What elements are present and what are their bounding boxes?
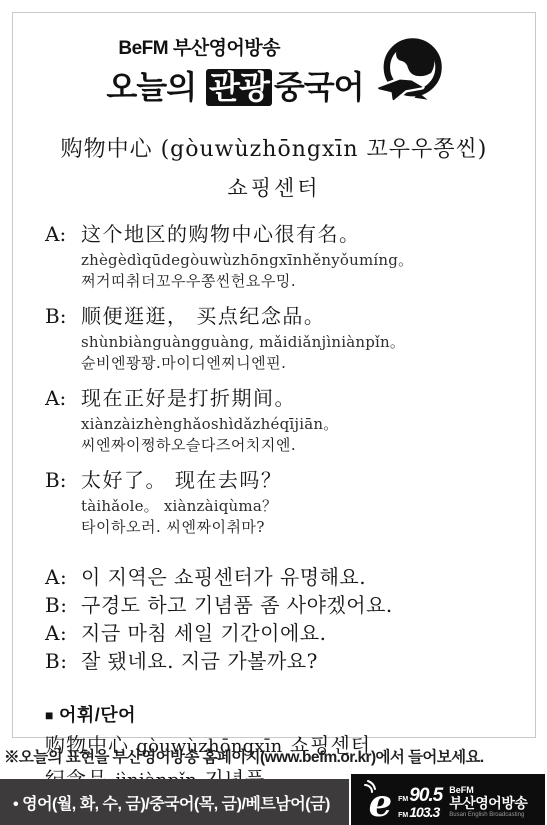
dialogue-entry: A: 现在正好是打折期间。 xiànzàizhènghǎoshìdǎzhéqīj…	[45, 386, 521, 455]
befm-logo-box: e FM90.5 FM103.3 BeFM 부산영어방송 Busan Engli…	[351, 774, 545, 825]
globe-plane-icon	[372, 35, 446, 112]
dot-bullet-icon: •	[13, 796, 18, 813]
korean-pron-line: 슌비엔꽝꽝.마이디엔찌니엔핀.	[81, 353, 521, 373]
lesson-title-korean: 쇼핑센터	[27, 172, 521, 202]
dialogue-entry: A: 这个地区的购物中心很有名。 zhègèdìqūdegòuwùzhōngxī…	[45, 222, 521, 291]
speaker-label: A:	[45, 222, 81, 291]
square-bullet-icon: ■	[45, 707, 54, 723]
speaker-label: A:	[45, 563, 81, 591]
dialogue-entry: B: 顺便逛逛， 买点纪念品。 shùnbiànguàngguàng, mǎid…	[45, 304, 521, 373]
korean-pron-line: 씨엔짜이쩡하오슬다즈어치지엔.	[81, 435, 521, 455]
korean-pron-line: 타이하오러. 씨엔짜이취마?	[81, 517, 521, 537]
frequency-1: 90.5	[409, 786, 442, 805]
speaker-label: B:	[45, 591, 81, 619]
fm-label: FM	[398, 812, 408, 819]
lesson-title: 购物中心 (gòuwùzhōngxīn 꼬우우쫑씬) 쇼핑센터	[27, 132, 521, 202]
radio-waves-icon	[362, 780, 378, 799]
pinyin-line: zhègèdìqūdegòuwùzhōngxīnhěnyǒumíng。	[81, 250, 521, 271]
translation-row: A:지금 마침 세일 기간이에요.	[45, 619, 521, 647]
show-title-prefix: 오늘의	[106, 69, 196, 105]
pinyin-line: shùnbiànguàngguàng, mǎidiǎnjìniànpǐn。	[81, 332, 521, 353]
fm-label: FM	[398, 796, 408, 803]
frequency-2: 103.3	[409, 805, 439, 819]
befm-e-logo: e	[369, 786, 393, 820]
frequency-column: FM90.5 FM103.3	[398, 786, 442, 819]
brand-english: Busan English Broadcasting	[449, 812, 527, 818]
chinese-line: 现在正好是打折期间。	[81, 386, 521, 411]
pinyin-line: tàihǎole。 xiànzàiqùma？	[81, 496, 521, 517]
chinese-line: 太好了。 现在去吗？	[81, 468, 521, 493]
chinese-line: 这个地区的购物中心很有名。	[81, 222, 521, 247]
translation-row: B:잘 됐네요. 지금 가볼까요?	[45, 647, 521, 675]
brand-korean: 부산영어방송	[449, 796, 527, 811]
translation-text: 지금 마침 세일 기간이에요.	[81, 619, 326, 647]
translation-text: 구경도 하고 기념품 좀 사야겠어요.	[81, 591, 393, 619]
speaker-label: B:	[45, 468, 81, 537]
masthead-text: BeFM 부산영어방송 오늘의 관광중국어	[102, 33, 363, 108]
show-title-suffix: 중국어	[274, 69, 364, 105]
show-title-boxed: 관광	[206, 69, 272, 106]
show-title: 오늘의 관광중국어	[106, 62, 363, 108]
speaker-label: B:	[45, 647, 81, 675]
station-name: BeFM 부산영어방송	[106, 33, 363, 60]
speaker-label: A:	[45, 619, 81, 647]
translation-text: 이 지역은 쇼핑센터가 유명해요.	[81, 563, 366, 591]
schedule-label: 영어(월, 화, 수, 금)/중국어(목, 금)/베트남어(금)	[22, 796, 330, 813]
lesson-card: BeFM 부산영어방송 오늘의 관광중국어 购物中心 (gòuwùzhōngxī…	[12, 12, 536, 738]
vocab-heading-text: 어휘/단어	[59, 705, 136, 725]
bottom-bar: •영어(월, 화, 수, 금)/중국어(목, 금)/베트남어(금) e FM90…	[0, 773, 547, 825]
korean-pron-line: 쩌거띠취더꼬우우쫑씬헌요우밍.	[81, 271, 521, 291]
dialogue-section: A: 这个地区的购物中心很有名。 zhègèdìqūdegòuwùzhōngxī…	[27, 222, 521, 537]
translation-text: 잘 됐네요. 지금 가볼까요?	[81, 647, 318, 675]
vocab-heading: ■어휘/단어	[45, 701, 521, 727]
translation-section: A:이 지역은 쇼핑센터가 유명해요. B:구경도 하고 기념품 좀 사야겠어요…	[27, 563, 521, 675]
chinese-line: 顺便逛逛， 买点纪念品。	[81, 304, 521, 329]
dialogue-entry: B: 太好了。 现在去吗？ tàihǎole。 xiànzàiqùma？ 타이하…	[45, 468, 521, 537]
schedule-bar: •영어(월, 화, 수, 금)/중국어(목, 금)/베트남어(금)	[0, 779, 349, 825]
translation-row: A:이 지역은 쇼핑센터가 유명해요.	[45, 563, 521, 591]
masthead: BeFM 부산영어방송 오늘의 관광중국어	[27, 29, 521, 112]
pinyin-line: xiànzàizhènghǎoshìdǎzhéqījiān。	[81, 414, 521, 435]
speaker-label: A:	[45, 386, 81, 455]
speaker-label: B:	[45, 304, 81, 373]
schedule-text: •영어(월, 화, 수, 금)/중국어(목, 금)/베트남어(금)	[13, 791, 330, 814]
translation-row: B:구경도 하고 기념품 좀 사야겠어요.	[45, 591, 521, 619]
footnote: ※오늘의 표현을 부산영어방송 홈페이지(www.befm.or.kr)에서 들…	[4, 745, 545, 767]
lesson-title-main: 购物中心 (gòuwùzhōngxīn 꼬우우쫑씬)	[27, 132, 521, 163]
brand-column: BeFM 부산영어방송 Busan English Broadcasting	[449, 786, 527, 818]
